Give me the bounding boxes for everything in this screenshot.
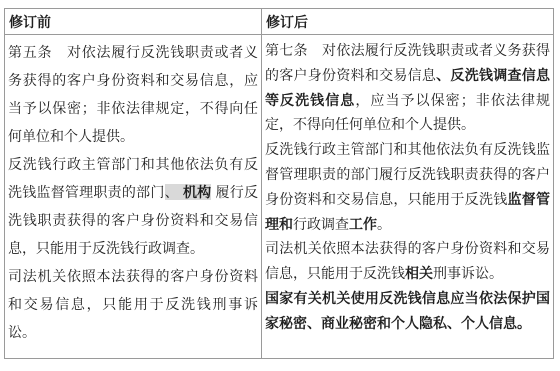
paragraph: 反洗钱行政主管部门和其他依法负有反洗钱监督管理职责的部门、 机构 履行反洗钱职责…	[8, 150, 258, 262]
text-run: 行政调查	[293, 216, 349, 232]
paragraph: 第五条 对依法履行反洗钱职责或者义务获得的客户身份资料和交易信息，应当予以保密；…	[8, 38, 258, 150]
body-row: 第五条 对依法履行反洗钱职责或者义务获得的客户身份资料和交易信息，应当予以保密；…	[5, 35, 554, 359]
text-run: 司法机关依照本法获得的客户身份资料和交易信息，只能用于反洗钱刑事诉讼。	[8, 268, 258, 340]
text-run: 刑事诉讼。	[433, 265, 503, 281]
text-run: 国家有关机关使用反洗钱信息应当依法保护国家秘密、商业秘密和个人隐私、个人信息。	[265, 290, 550, 331]
column-header-before: 修订前	[5, 9, 262, 35]
text-run: 。	[377, 216, 391, 232]
text-run: 第五条 对依法履行反洗钱职责或者义务获得的客户身份资料和交易信息，应当予以保密；…	[8, 44, 258, 144]
column-header-after: 修订后	[262, 9, 554, 35]
paragraph: 反洗钱行政主管部门和其他依法负有反洗钱监督管理职责的部门履行反洗钱职责获得的客户…	[265, 137, 550, 236]
before-revision-cell: 第五条 对依法履行反洗钱职责或者义务获得的客户身份资料和交易信息，应当予以保密；…	[5, 35, 262, 359]
text-run: 工作	[349, 216, 377, 232]
document-page: 修订前 修订后 第五条 对依法履行反洗钱职责或者义务获得的客户身份资料和交易信息…	[0, 0, 560, 371]
header-row: 修订前 修订后	[5, 9, 554, 35]
paragraph: 国家有关机关使用反洗钱信息应当依法保护国家秘密、商业秘密和个人隐私、个人信息。	[265, 286, 550, 336]
text-run: 机构	[183, 184, 211, 200]
after-revision-cell: 第七条 对依法履行反洗钱职责或者义务获得的客户身份资料和交易信息、反洗钱调查信息…	[262, 35, 554, 359]
paragraph: 司法机关依照本法获得的客户身份资料和交易信息，只能用于反洗钱刑事诉讼。	[8, 262, 258, 346]
paragraph: 司法机关依照本法获得的客户身份资料和交易信息，只能用于反洗钱相关刑事诉讼。	[265, 236, 550, 286]
paragraph: 第七条 对依法履行反洗钱职责或者义务获得的客户身份资料和交易信息、反洗钱调查信息…	[265, 38, 550, 137]
text-run: 、	[165, 184, 183, 200]
revision-comparison-table: 修订前 修订后 第五条 对依法履行反洗钱职责或者义务获得的客户身份资料和交易信息…	[4, 8, 554, 359]
text-run: 相关	[405, 265, 433, 281]
